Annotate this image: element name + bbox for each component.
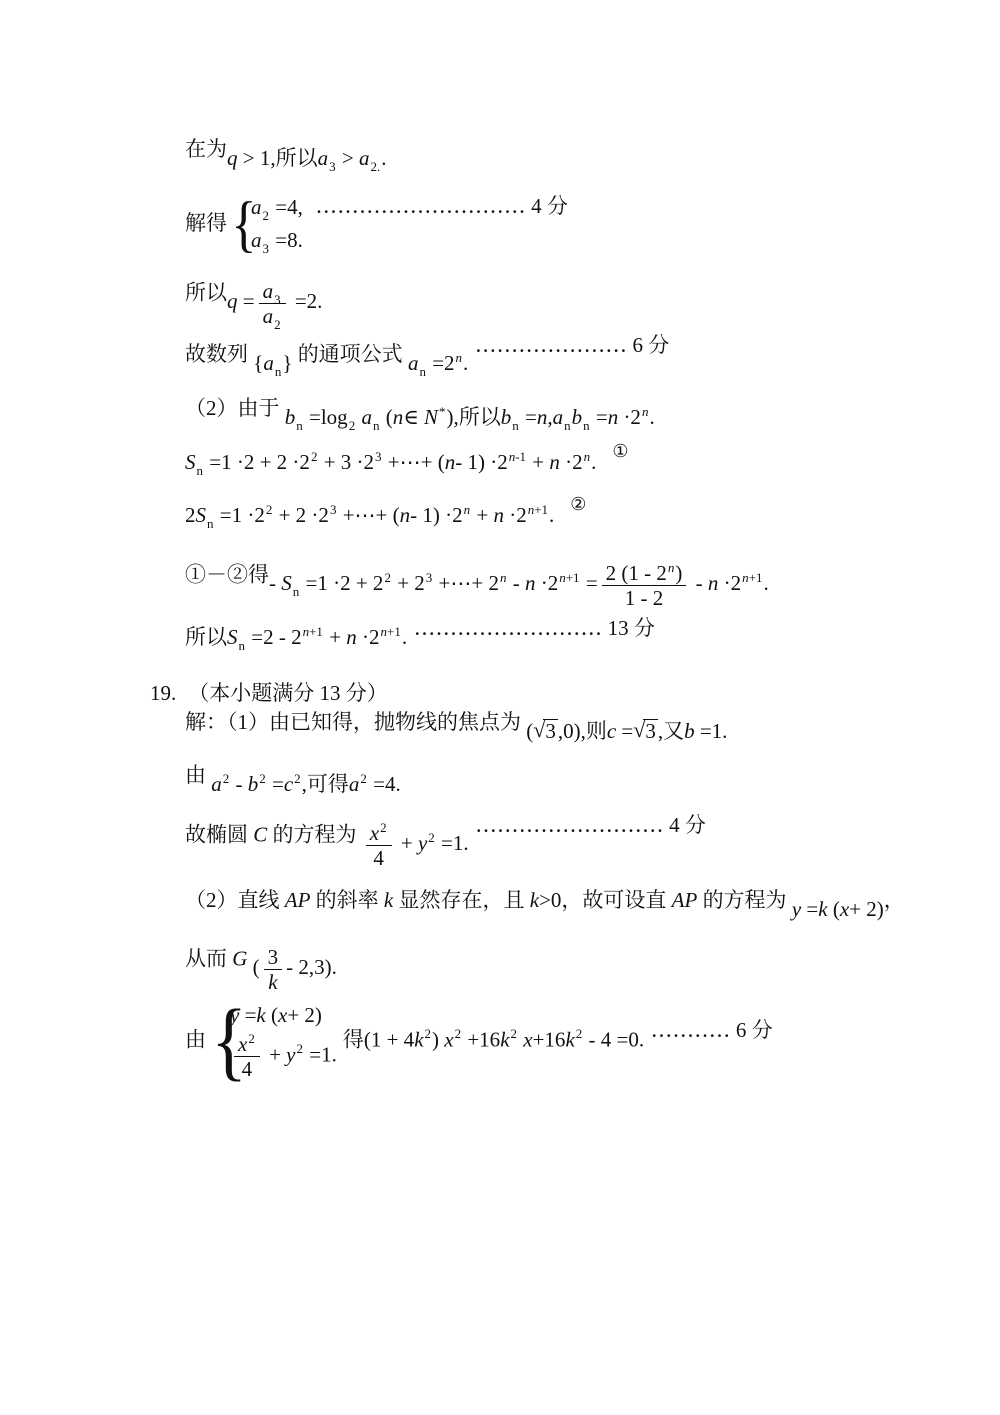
text-run: 显然存在，且: [393, 888, 530, 912]
math-subscript: 2: [349, 418, 356, 433]
document-page: 在为q > 1,所以a3 > a2.. 解得{a2 =4,a3 =8......…: [0, 0, 1000, 1415]
text-run: (1 + 4: [364, 1027, 414, 1051]
text-run: (: [266, 1003, 278, 1027]
text-run: n: [373, 418, 380, 433]
line-common-ratio-q: 所以q =a3a2 =2.: [185, 270, 322, 319]
math-variable: C: [253, 822, 267, 846]
text-run: 2: [266, 502, 273, 517]
line-2sn-equation-2: 2Sn =1 ·22 + 2 ·23 +⋯+ (n- 1) ·2n + n ·2…: [185, 500, 586, 533]
text-run: =: [591, 405, 608, 429]
equation-run: {an}: [253, 351, 292, 375]
text-run: 2: [185, 503, 196, 527]
text-run: 在为: [185, 137, 227, 161]
text-run: >0，故可设直: [539, 888, 672, 912]
fraction-denominator: a2: [259, 303, 286, 328]
math-variable: c: [607, 719, 616, 743]
text-run: 2: [380, 820, 387, 835]
math-sqrt: √3: [533, 719, 558, 743]
math-variable: x: [523, 1027, 532, 1051]
text-run: n: [207, 516, 214, 531]
math-superscript: n+1: [303, 624, 323, 639]
text-run: 的通项公式: [292, 342, 408, 366]
text-run: =: [520, 405, 537, 429]
text-run: ): [675, 561, 682, 585]
text-run: 解得: [185, 211, 227, 235]
math-superscript: 2: [311, 449, 318, 464]
text-run: - 2,3).: [286, 955, 337, 979]
text-run: 2: [223, 771, 230, 786]
text-run: 2: [428, 830, 435, 845]
text-run: +: [471, 503, 493, 527]
math-variable: a: [318, 146, 329, 170]
equation-run: y =k (x+ 2): [792, 897, 884, 921]
equation-run: an =2n.: [408, 351, 468, 375]
math-superscript: n: [464, 502, 471, 517]
text-run: 3: [375, 449, 382, 464]
text-run: =1 ·2: [215, 503, 265, 527]
math-superscript: 2: [425, 1026, 432, 1041]
text-run: =: [801, 897, 818, 921]
text-run: 2: [248, 1031, 255, 1046]
math-superscript: n+1: [381, 624, 401, 639]
math-variable: n: [708, 571, 719, 595]
math-variable: n: [608, 405, 619, 429]
math-subscript: 3: [329, 159, 336, 174]
text-run: .: [591, 450, 596, 474]
line-point-g: 从而 G (3k- 2,3).: [185, 936, 337, 985]
math-variable: b: [501, 405, 512, 429]
math-variable: y: [418, 831, 427, 855]
text-run: -: [507, 571, 525, 595]
math-variable: a: [263, 279, 274, 303]
math-subscript: n: [419, 364, 426, 379]
text-run: n: [512, 418, 519, 433]
text-run: 从而: [185, 946, 232, 970]
equation-run: a2 - b2 =c2,可得a2 =4.: [211, 772, 401, 796]
text-run: 2: [384, 570, 391, 585]
text-run: （2）由于: [185, 396, 285, 420]
math-variable: b: [285, 405, 296, 429]
text-run: 3: [645, 719, 656, 743]
text-run: n: [296, 418, 303, 433]
math-subscript: n: [564, 418, 571, 433]
equation-number: ①: [612, 441, 628, 461]
text-run: ·2: [357, 625, 380, 649]
text-run: =log: [304, 405, 348, 429]
text-run: +16: [462, 1027, 500, 1051]
text-run: ,可得: [302, 772, 349, 796]
text-run: .: [549, 503, 554, 527]
math-variable: AP: [285, 888, 311, 912]
text-run: - 4 =0.: [583, 1027, 644, 1051]
text-run: 故椭圆: [185, 822, 253, 846]
math-variable: a: [359, 146, 370, 170]
equation-run: x24 + y2 =1.: [362, 831, 469, 855]
math-variable: c: [284, 772, 293, 796]
math-variable: q: [227, 289, 238, 313]
equation-run: (3k- 2,3).: [247, 955, 337, 979]
text-run: =1.: [436, 831, 469, 855]
math-variable: n: [400, 503, 411, 527]
math-variable: k: [818, 897, 827, 921]
line-sn-result-score-13: 所以Sn =2 - 2n+1 + n ·2n+1................…: [185, 622, 655, 655]
text-run: 3: [329, 159, 336, 174]
math-superscript: n: [668, 560, 675, 575]
fraction-denominator: 4: [366, 845, 392, 870]
math-subscript: n: [293, 584, 300, 599]
text-run: =: [267, 772, 284, 796]
fraction-denominator: k: [264, 969, 283, 994]
math-superscript: 3: [426, 570, 433, 585]
text-run: (: [247, 955, 259, 979]
text-run: {: [253, 351, 263, 375]
text-run: 得: [343, 1027, 364, 1051]
equation-run: q =a3a2 =2.: [227, 289, 322, 313]
text-run: ①－②得: [185, 562, 269, 586]
math-variable: a: [211, 772, 222, 796]
text-run: +: [264, 1042, 286, 1066]
text-run: =1.: [304, 1042, 337, 1066]
text-run: n: [583, 418, 590, 433]
math-superscript: n+1: [528, 502, 548, 517]
dot-leader: .............................: [317, 198, 527, 217]
text-run: 2: [311, 449, 318, 464]
math-variable: S: [185, 450, 196, 474]
text-run: ·2: [718, 571, 741, 595]
text-run: 2: [297, 1041, 304, 1056]
math-variable: k: [256, 1003, 265, 1027]
math-superscript: 2: [360, 771, 367, 786]
equation-number: ②: [570, 494, 586, 514]
text-run: +1: [534, 502, 548, 517]
text-run: +: [396, 831, 418, 855]
math-variable: a: [263, 351, 274, 375]
math-fraction: 3k: [264, 945, 283, 994]
math-variable: a: [361, 405, 372, 429]
math-variable: n: [493, 503, 504, 527]
fraction-denominator: 1 - 2: [602, 585, 687, 610]
text-run: ),所以: [447, 405, 501, 429]
problem-19-header: 19.（本小题满分 13 分）: [150, 678, 388, 708]
dot-leader: .....................: [476, 337, 628, 356]
math-sqrt: √3: [633, 719, 658, 743]
radical-sign: √: [633, 717, 645, 742]
text-run: =1 ·2 + 2: [300, 571, 383, 595]
text-run: +1: [387, 624, 401, 639]
text-run: +⋯+ (: [337, 503, 399, 527]
math-superscript: n: [642, 404, 649, 419]
fraction-numerator: a3: [259, 279, 286, 303]
line-general-term-score-6: 故数列 {an} 的通项公式 an =2n...................…: [185, 339, 669, 372]
math-superscript: 2: [428, 830, 435, 845]
math-superscript: 2: [455, 1026, 462, 1041]
math-superscript: 2: [384, 570, 391, 585]
text-run: =: [616, 719, 633, 743]
text-run: .: [381, 146, 386, 170]
math-subscript: 2: [263, 208, 270, 223]
math-superscript: 3: [375, 449, 382, 464]
text-run: 4 分: [531, 194, 568, 218]
dot-leader: ...........: [652, 1022, 732, 1041]
left-brace-icon: {: [231, 209, 256, 239]
math-variable: k: [500, 1027, 509, 1051]
radical-sign: √: [533, 717, 545, 742]
math-variable: n: [668, 560, 675, 575]
text-run: 2: [349, 418, 356, 433]
math-superscript: n-1: [509, 449, 526, 464]
text-run: +: [324, 625, 346, 649]
math-variable: G: [232, 946, 247, 970]
math-subscript: n: [275, 364, 282, 379]
math-variable: n: [549, 450, 560, 474]
math-fraction: a3a2: [259, 279, 286, 328]
math-variable: S: [196, 503, 207, 527]
math-variable: a: [349, 772, 360, 796]
math-variable: k: [530, 888, 539, 912]
math-variable: a: [408, 351, 419, 375]
math-variable: n: [393, 405, 404, 429]
equation-run: (√3,0),则c =√3,又b =1.: [526, 719, 727, 743]
left-brace-icon: {: [211, 1026, 247, 1056]
text-run: (: [380, 405, 392, 429]
text-run: ，: [884, 888, 905, 912]
text-run: 故数列: [185, 342, 253, 366]
math-subscript: n: [512, 418, 519, 433]
fraction-numerator: 2 (1 - 2n): [602, 561, 687, 585]
text-run: ∈: [403, 405, 424, 429]
text-run: - 1) ·2: [410, 503, 462, 527]
text-run: -: [690, 571, 708, 595]
score-note: .....................6 分: [468, 333, 669, 357]
text-run: =2 - 2: [246, 625, 302, 649]
math-superscript: 2: [223, 771, 230, 786]
math-superscript: 2: [294, 771, 301, 786]
math-variable: S: [227, 625, 238, 649]
text-run: (: [828, 897, 840, 921]
math-variable: b: [684, 719, 695, 743]
math-variable: n: [445, 450, 456, 474]
math-variable: a: [263, 304, 274, 328]
math-subscript: 3: [263, 241, 270, 256]
text-run: + 2: [392, 571, 425, 595]
fraction-numerator: x2: [366, 821, 392, 845]
text-run: + 2): [287, 1003, 322, 1027]
fraction-numerator: 3: [264, 945, 283, 969]
math-superscript: n: [456, 350, 463, 365]
math-superscript: n+1: [559, 570, 579, 585]
text-run: .: [649, 405, 654, 429]
equation-run: bn =log2 an (n∈ N*),所以bn =n,anbn =n ·2n.: [285, 405, 655, 429]
text-run: 1 - 2: [625, 586, 664, 610]
math-variable: n: [537, 405, 548, 429]
text-run: 3: [330, 502, 337, 517]
text-run: n: [419, 364, 426, 379]
text-run: +⋯+ 2: [433, 571, 499, 595]
text-run: *: [439, 404, 446, 419]
text-run: 2.: [370, 159, 380, 174]
text-run: 3: [545, 719, 556, 743]
dot-leader: ..........................: [477, 817, 666, 836]
text-run: 2: [455, 1026, 462, 1041]
text-run: + 2 ·2: [273, 503, 329, 527]
math-cases: {a2 =4,a3 =8.: [233, 190, 303, 260]
math-variable: n: [464, 502, 471, 517]
math-variable: x: [444, 1027, 453, 1051]
math-superscript: 2: [297, 1041, 304, 1056]
text-run: =1 ·2 + 2 ·2: [204, 450, 310, 474]
math-subscript: n: [373, 418, 380, 433]
text-run: =4,: [270, 195, 303, 219]
math-variable: a: [553, 405, 564, 429]
text-run: n: [275, 364, 282, 379]
cases-rows: a2 =4,a3 =8.: [251, 190, 303, 260]
text-run: +: [527, 450, 549, 474]
score-note: ...........6 分: [644, 1018, 773, 1042]
text-run: - 1) ·2: [455, 450, 507, 474]
math-variable: x: [278, 1003, 287, 1027]
math-variable: n: [346, 625, 357, 649]
math-superscript: n: [500, 570, 507, 585]
math-variable: b: [248, 772, 259, 796]
text-run: +1: [309, 624, 323, 639]
text-run: 4: [373, 846, 384, 870]
text-run: >: [337, 146, 359, 170]
line-sn-equation-1: Sn =1 ·2 + 2 ·22 + 3 ·23 +⋯+ (n- 1) ·2n-…: [185, 447, 629, 480]
score-note: ..........................13 分: [407, 616, 655, 640]
math-variable: k: [414, 1027, 423, 1051]
math-superscript: 2: [380, 820, 387, 835]
math-superscript: *: [439, 404, 446, 419]
text-run: （2）直线: [185, 888, 285, 912]
math-superscript: 2: [259, 771, 266, 786]
text-run: n: [293, 584, 300, 599]
math-superscript: n: [584, 449, 591, 464]
text-run: ,又: [658, 719, 684, 743]
text-run: 6 分: [633, 333, 670, 357]
cases-row: a3 =8.: [251, 227, 303, 256]
text-run: n: [564, 418, 571, 433]
text-run: 的方程为: [267, 822, 362, 846]
math-fraction: 2 (1 - 2n)1 - 2: [602, 561, 687, 610]
text-run: =1.: [695, 719, 728, 743]
text-run: + 2): [849, 897, 884, 921]
text-run: +⋯+ (: [383, 450, 445, 474]
line-system-quadratic-score-6: 由{y =k (x+ 2)x24 + y2 =1.得(1 + 4k2) x2 +…: [185, 998, 773, 1085]
math-variable: n: [525, 571, 536, 595]
text-run: 解：（1）由已知得，抛物线的焦点为: [185, 710, 526, 734]
text-run: 的方程为: [697, 888, 792, 912]
text-run: 2: [360, 771, 367, 786]
text-run: -: [269, 571, 281, 595]
line-ellipse-equation-score-4: 故椭圆 C 的方程为 x24 + y2 =1..................…: [185, 812, 706, 861]
math-variable: N: [424, 405, 438, 429]
math-superscript: 2: [266, 502, 273, 517]
text-run: 2: [259, 771, 266, 786]
text-run: +1: [749, 570, 763, 585]
dot-leader: ..........................: [415, 620, 604, 639]
math-variable: n: [642, 404, 649, 419]
text-run: 所以: [185, 280, 227, 304]
math-variable: y: [286, 1042, 295, 1066]
math-variable: y: [792, 897, 801, 921]
text-run: =2: [427, 351, 455, 375]
text-run: =: [581, 571, 598, 595]
text-run: 13 分: [608, 616, 655, 640]
math-superscript: 2: [511, 1026, 518, 1041]
text-run: 4 分: [669, 813, 706, 837]
text-run: 2: [576, 1026, 583, 1041]
text-run: 由: [185, 763, 211, 787]
math-subscript: 2: [274, 317, 281, 332]
math-subscript: 2.: [370, 159, 380, 174]
text-run: 2: [263, 208, 270, 223]
text-run: + 3 ·2: [318, 450, 374, 474]
text-run: 3: [426, 570, 433, 585]
text-run: =4.: [368, 772, 401, 796]
line-19-2-line-ap-slope: （2）直线 AP 的斜率 k 显然存在，且 k>0，故可设直 AP 的方程为 y…: [185, 885, 905, 915]
text-run: =8.: [270, 228, 303, 252]
text-run: 2: [511, 1026, 518, 1041]
text-run: 2 (1 - 2: [606, 561, 667, 585]
math-variable: AP: [672, 888, 698, 912]
math-variable: n: [456, 350, 463, 365]
text-run: ·2: [618, 405, 641, 429]
text-run: +1: [566, 570, 580, 585]
text-run: ·2: [560, 450, 583, 474]
math-variable: n: [500, 570, 507, 585]
text-run: 2: [294, 771, 301, 786]
math-variable: q: [227, 146, 238, 170]
math-subscript: n: [197, 463, 204, 478]
text-run: ,0),则: [558, 719, 607, 743]
math-subscript: n: [207, 516, 214, 531]
text-run: +16: [533, 1027, 566, 1051]
line-solve-a2-a3-score-4: 解得{a2 =4,a3 =8..........................…: [185, 190, 568, 260]
math-superscript: 2: [248, 1031, 255, 1046]
text-run: 19.: [150, 681, 176, 705]
math-subscript: n: [296, 418, 303, 433]
math-subscript: n: [239, 638, 246, 653]
text-run: -1: [515, 449, 526, 464]
line-since-q-greater-1: 在为q > 1,所以a3 > a2..: [185, 134, 386, 167]
radicand: 3: [643, 719, 658, 743]
text-run: =: [238, 289, 255, 313]
text-run: 2: [274, 317, 281, 332]
equation-run: - Sn =1 ·2 + 22 + 23 +⋯+ 2n - n ·2n+1 =2…: [269, 571, 769, 595]
text-run: ·2: [535, 571, 558, 595]
text-run: 由: [185, 1027, 206, 1051]
equation-run: q > 1,所以a3 > a2..: [227, 146, 386, 170]
text-run: n: [239, 638, 246, 653]
math-fraction: x24: [366, 821, 392, 870]
text-run: -: [230, 772, 248, 796]
math-variable: k: [565, 1027, 574, 1051]
math-variable: b: [572, 405, 583, 429]
text-run: 的斜率: [310, 888, 384, 912]
text-run: 3: [263, 241, 270, 256]
text-run: .: [764, 571, 769, 595]
score-note: ..........................4 分: [469, 813, 706, 837]
math-superscript: 2: [576, 1026, 583, 1041]
math-subscript: 3: [274, 292, 281, 307]
text-run: （本小题满分 13 分）: [188, 681, 388, 705]
text-run: 2: [425, 1026, 432, 1041]
math-variable: x: [370, 821, 379, 845]
math-variable: k: [384, 888, 393, 912]
math-variable: S: [281, 571, 292, 595]
math-subscript: n: [583, 418, 590, 433]
text-run: 3: [268, 945, 279, 969]
